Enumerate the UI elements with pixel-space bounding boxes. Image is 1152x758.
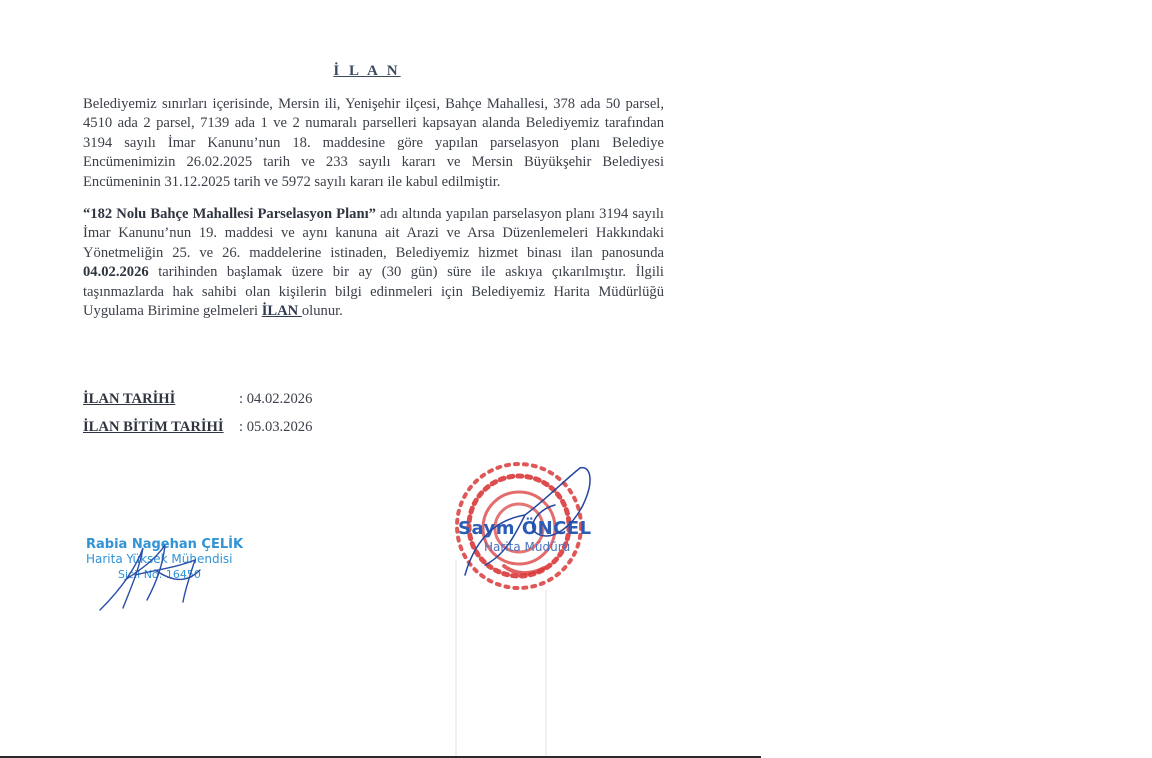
announcement-date-value: : 04.02.2026 bbox=[239, 385, 312, 413]
start-date-inline: 04.02.2026 bbox=[83, 264, 149, 280]
paragraph-2-text-b: tarihinden başlamak üzere bir ay (30 gün… bbox=[83, 264, 664, 319]
scan-artifact-line bbox=[545, 590, 547, 756]
document-page: İ L A N Belediyemiz sınırları içerisinde… bbox=[0, 0, 1152, 758]
plan-name: “182 Nolu Bahçe Mahallesi Parselasyon Pl… bbox=[83, 206, 376, 222]
announcement-date-row: İLAN TARİHİ : 04.02.2026 bbox=[83, 385, 312, 413]
paragraph-1: Belediyemiz sınırları içerisinde, Mersin… bbox=[83, 95, 664, 192]
document-title: İ L A N bbox=[0, 63, 734, 80]
left-handwritten-signature-icon bbox=[95, 540, 215, 615]
announcement-date-label: İLAN TARİHİ bbox=[83, 385, 239, 413]
announcement-end-date-value: : 05.03.2026 bbox=[239, 413, 312, 441]
date-block: İLAN TARİHİ : 04.02.2026 İLAN BİTİM TARİ… bbox=[83, 385, 312, 441]
announcement-end-date-row: İLAN BİTİM TARİHİ : 05.03.2026 bbox=[83, 413, 312, 441]
ilan-word: İLAN bbox=[262, 303, 302, 319]
announcement-end-date-label: İLAN BİTİM TARİHİ bbox=[83, 413, 239, 441]
right-handwritten-signature-icon bbox=[455, 460, 605, 580]
paragraph-2-text-c: olunur. bbox=[302, 303, 343, 319]
paragraph-2: “182 Nolu Bahçe Mahallesi Parselasyon Pl… bbox=[83, 205, 664, 321]
